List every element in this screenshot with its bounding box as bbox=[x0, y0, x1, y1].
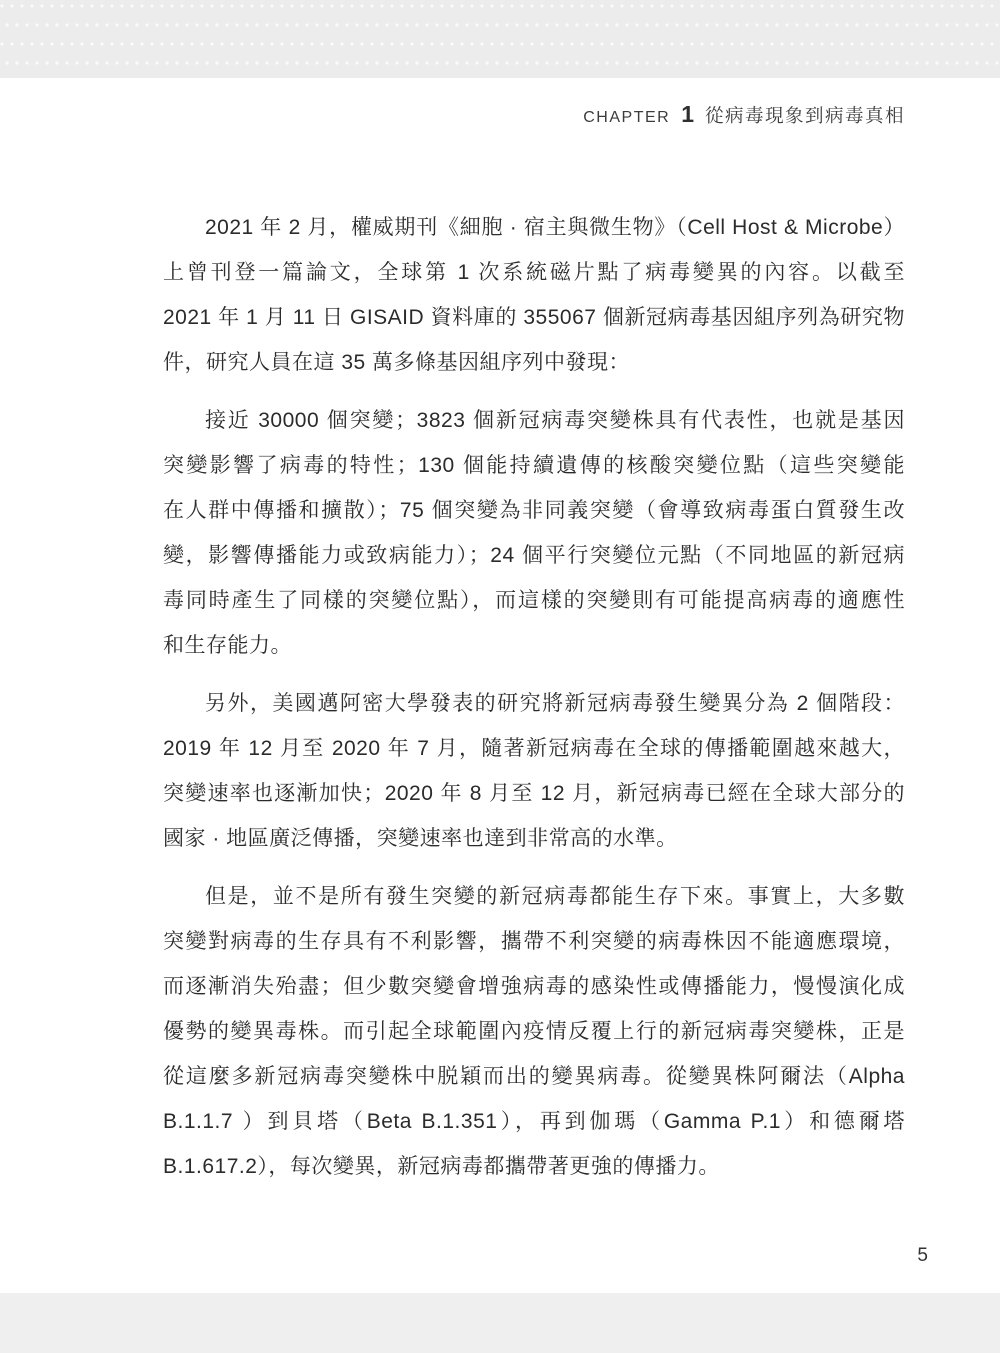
paragraph-line: 2021 年 1 月 11 日 GISAID 資料庫的 355067 個新冠病毒… bbox=[163, 295, 905, 340]
paragraph-line: B.1.617.2），每次變異，新冠病毒都攜帶著更強的傳播力。 bbox=[163, 1144, 905, 1189]
paragraph-line: 在人群中傳播和擴散）；75 個突變為非同義突變（會導致病毒蛋白質發生改 bbox=[163, 488, 905, 533]
paragraph-line: 但是，並不是所有發生突變的新冠病毒都能生存下來。事實上，大多數 bbox=[163, 874, 905, 919]
paragraph-line: 上曾刊登一篇論文，全球第 1 次系統磁片點了病毒變異的內容。以截至 bbox=[163, 250, 905, 295]
paragraph-line: 和生存能力。 bbox=[163, 623, 905, 668]
body-text: 2021 年 2 月，權威期刊《細胞 · 宿主與微生物》（Cell Host &… bbox=[163, 205, 905, 1202]
paragraph-line: 毒同時產生了同樣的突變位點），而這樣的突變則有可能提高病毒的適應性 bbox=[163, 578, 905, 623]
chapter-label: CHAPTER bbox=[583, 109, 670, 127]
paragraph-line: 2021 年 2 月，權威期刊《細胞 · 宿主與微生物》（Cell Host &… bbox=[163, 205, 905, 250]
body-paragraph: 接近 30000 個突變；3823 個新冠病毒突變株具有代表性，也就是基因突變影… bbox=[163, 398, 905, 668]
paragraph-line: 優勢的變異毒株。而引起全球範圍內疫情反覆上行的新冠病毒突變株，正是 bbox=[163, 1009, 905, 1054]
paragraph-line: 另外，美國邁阿密大學發表的研究將新冠病毒發生變異分為 2 個階段： bbox=[163, 681, 905, 726]
paragraph-line: 2019 年 12 月至 2020 年 7 月，隨著新冠病毒在全球的傳播範圍越來… bbox=[163, 726, 905, 771]
page-number: 5 bbox=[917, 1245, 928, 1267]
paragraph-line: 突變對病毒的生存具有不利影響，攜帶不利突變的病毒株因不能適應環境， bbox=[163, 919, 905, 964]
paragraph-line: 突變影響了病毒的特性；130 個能持續遺傳的核酸突變位點（這些突變能 bbox=[163, 443, 905, 488]
paragraph-line: 從這麼多新冠病毒突變株中脱穎而出的變異病毒。從變異株阿爾法（Alpha bbox=[163, 1054, 905, 1099]
book-page: CHAPTER 1 從病毒現象到病毒真相 2021 年 2 月，權威期刊《細胞 … bbox=[0, 0, 1000, 1353]
paragraph-line: 件，研究人員在這 35 萬多條基因組序列中發現： bbox=[163, 340, 905, 385]
body-paragraph: 另外，美國邁阿密大學發表的研究將新冠病毒發生變異分為 2 個階段：2019 年 … bbox=[163, 681, 905, 861]
top-dotted-band bbox=[0, 0, 1000, 78]
paragraph-line: 變，影響傳播能力或致病能力）；24 個平行突變位元點（不同地區的新冠病 bbox=[163, 533, 905, 578]
footer-band bbox=[0, 1293, 1000, 1353]
paragraph-line: 國家 · 地區廣泛傳播，突變速率也達到非常高的水準。 bbox=[163, 816, 905, 861]
body-paragraph: 2021 年 2 月，權威期刊《細胞 · 宿主與微生物》（Cell Host &… bbox=[163, 205, 905, 385]
chapter-title: 從病毒現象到病毒真相 bbox=[705, 102, 905, 128]
paragraph-line: B.1.1.7 ）到貝塔（Beta B.1.351），再到伽瑪（Gamma P.… bbox=[163, 1099, 905, 1144]
chapter-header: CHAPTER 1 從病毒現象到病毒真相 bbox=[583, 101, 905, 128]
paragraph-line: 而逐漸消失殆盡；但少數突變會增強病毒的感染性或傳播能力，慢慢演化成 bbox=[163, 964, 905, 1009]
chapter-number: 1 bbox=[681, 101, 694, 128]
paragraph-line: 突變速率也逐漸加快；2020 年 8 月至 12 月，新冠病毒已經在全球大部分的 bbox=[163, 771, 905, 816]
body-paragraph: 但是，並不是所有發生突變的新冠病毒都能生存下來。事實上，大多數突變對病毒的生存具… bbox=[163, 874, 905, 1189]
paragraph-line: 接近 30000 個突變；3823 個新冠病毒突變株具有代表性，也就是基因 bbox=[163, 398, 905, 443]
